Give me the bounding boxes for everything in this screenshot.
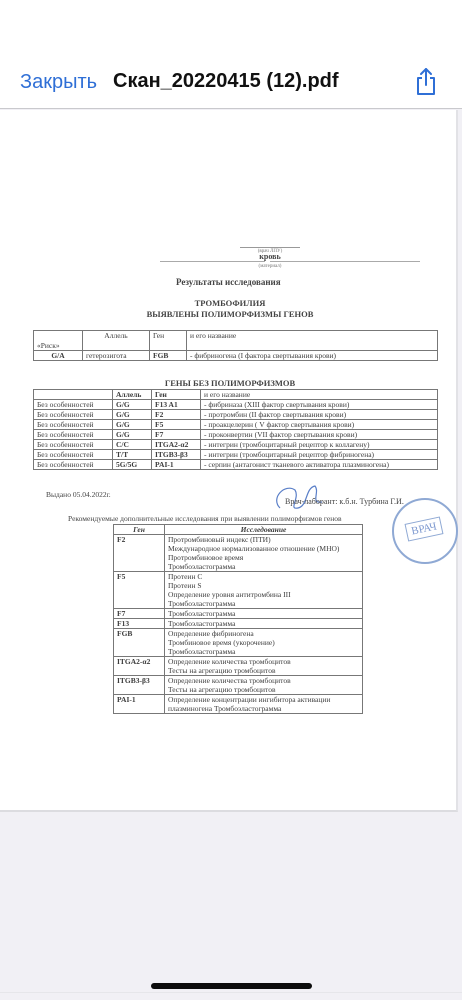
table-row: F13Тромбоэластограмма bbox=[114, 619, 363, 629]
doctor-signature-line: Врач-лаборант: к.б.н. Турбина Г.И. bbox=[285, 497, 404, 506]
gene: F5 bbox=[152, 420, 201, 430]
table-row: Без особенностейG/GF5- проакцелерин ( V … bbox=[34, 420, 438, 430]
table-row: Без особенностей5G/5GPAI-1- серпин (анта… bbox=[34, 460, 438, 470]
section-subtitle: ВЫЯВЛЕНЫ ПОЛИМОРФИЗМЫ ГЕНОВ bbox=[100, 309, 360, 319]
issued-date: Выдано 05.04.2022г. bbox=[46, 490, 111, 499]
header-cell: Аллель bbox=[113, 390, 152, 400]
status: Без особенностей bbox=[34, 410, 113, 420]
risk-table: «Риск» Аллель Ген и его название G/A гет… bbox=[33, 330, 438, 361]
allele: C/C bbox=[113, 440, 152, 450]
gene: ITGB3-β3 bbox=[152, 450, 201, 460]
results-title: Результаты исследования bbox=[176, 277, 281, 287]
allele: G/G bbox=[113, 420, 152, 430]
table-row: ITGA2-α2Определение количества тромбоцит… bbox=[114, 657, 363, 676]
table-row: F2Протромбиновый индекс (ПТИ) Международ… bbox=[114, 535, 363, 572]
doctor-stamp: ВРАЧ bbox=[392, 498, 458, 564]
share-icon[interactable] bbox=[414, 66, 438, 96]
gene: F2 bbox=[152, 410, 201, 420]
stamp-label: ВРАЧ bbox=[405, 516, 444, 541]
recommend-title: Рекомендуемые дополнительные исследовани… bbox=[68, 514, 342, 523]
gene: F5 bbox=[114, 572, 165, 609]
gene: PAI-1 bbox=[114, 695, 165, 714]
gene: ITGB3-β3 bbox=[114, 676, 165, 695]
zygosity: гетерозигота bbox=[83, 351, 150, 361]
navigation-bar: Закрыть Скан_20220415 (12).pdf bbox=[0, 60, 462, 104]
table-row: F7Тромбоэластограмма bbox=[114, 609, 363, 619]
tests: Определение фибриногена Тромбиновое врем… bbox=[165, 629, 363, 657]
gene: F7 bbox=[152, 430, 201, 440]
tests: Определение количества тромбоцитов Тесты… bbox=[165, 657, 363, 676]
status: Без особенностей bbox=[34, 450, 113, 460]
allele: T/T bbox=[113, 450, 152, 460]
allele: 5G/5G bbox=[113, 460, 152, 470]
status: Без особенностей bbox=[34, 420, 113, 430]
gene-name: - интегрин (тромбоцитарный рецептор к ко… bbox=[201, 440, 438, 450]
close-button[interactable]: Закрыть bbox=[20, 71, 97, 94]
header-cell: и его название bbox=[187, 331, 438, 351]
gene: ITGA2-α2 bbox=[152, 440, 201, 450]
tests: Тромбоэластограмма bbox=[165, 619, 363, 629]
table-row: Без особенностейG/GF13 A1- фибриназа (XI… bbox=[34, 400, 438, 410]
gene: FGB bbox=[114, 629, 165, 657]
allele: G/G bbox=[113, 410, 152, 420]
recommendations-table: Ген Исследование F2Протромбиновый индекс… bbox=[113, 524, 363, 714]
gene: FGB bbox=[150, 351, 187, 361]
gene-name: - интегрин (тромбоцитарный рецептор фибр… bbox=[201, 450, 438, 460]
no-polymorphism-table: Аллель Ген и его название Без особенност… bbox=[33, 389, 438, 470]
gene: PAI-1 bbox=[152, 460, 201, 470]
tests: Протромбиновый индекс (ПТИ) Международно… bbox=[165, 535, 363, 572]
header-cell: и его название bbox=[201, 390, 438, 400]
no-poly-title: ГЕНЫ БЕЗ ПОЛИМОРФИЗМОВ bbox=[100, 378, 360, 388]
header-cell: Исследование bbox=[165, 525, 363, 535]
tests: Протеин С Протеин S Определение уровня а… bbox=[165, 572, 363, 609]
tests: Определение количества тромбоцитов Тесты… bbox=[165, 676, 363, 695]
status: Без особенностей bbox=[34, 400, 113, 410]
top-bar: Закрыть Скан_20220415 (12).pdf bbox=[0, 0, 462, 108]
table-row: ITGB3-β3Определение количества тромбоцит… bbox=[114, 676, 363, 695]
table-row: Без особенностейC/CITGA2-α2- интегрин (т… bbox=[34, 440, 438, 450]
material-value: кровь bbox=[240, 252, 300, 261]
gene-name: - фибриназа (XIII фактор свертывания кро… bbox=[201, 400, 438, 410]
header-cell: Ген bbox=[150, 331, 187, 351]
header-separator bbox=[0, 108, 462, 109]
header-cell: Ген bbox=[114, 525, 165, 535]
home-indicator[interactable] bbox=[151, 983, 312, 989]
divider bbox=[160, 261, 265, 262]
gene-name: - серпин (антагонист тканевого активатор… bbox=[201, 460, 438, 470]
header-cell: Ген bbox=[152, 390, 201, 400]
pdf-page[interactable]: (врач ЛПУ) кровь (материал) Результаты и… bbox=[0, 110, 458, 812]
gene: F7 bbox=[114, 609, 165, 619]
divider bbox=[0, 992, 462, 993]
table-row: FGBОпределение фибриногена Тромбиновое в… bbox=[114, 629, 363, 657]
table-row: Без особенностейT/TITGB3-β3- интегрин (т… bbox=[34, 450, 438, 460]
allele: G/G bbox=[113, 400, 152, 410]
gene: F13 bbox=[114, 619, 165, 629]
gene: ITGA2-α2 bbox=[114, 657, 165, 676]
status: Без особенностей bbox=[34, 440, 113, 450]
gene: F2 bbox=[114, 535, 165, 572]
table-row: F5Протеин С Протеин S Определение уровня… bbox=[114, 572, 363, 609]
status: Без особенностей bbox=[34, 460, 113, 470]
gene-name: - проакцелерин ( V фактор свертывания кр… bbox=[201, 420, 438, 430]
allele: G/G bbox=[113, 430, 152, 440]
section-title: ТРОМБОФИЛИЯ bbox=[130, 298, 330, 308]
divider bbox=[270, 261, 420, 262]
gene-name: - проконвертин (VII фактор свертывания к… bbox=[201, 430, 438, 440]
gene: F13 A1 bbox=[152, 400, 201, 410]
divider bbox=[240, 247, 300, 248]
gene-name: - протромбин (II фактор свертывания кров… bbox=[201, 410, 438, 420]
tests: Тромбоэластограмма bbox=[165, 609, 363, 619]
header-cell: «Риск» bbox=[34, 331, 83, 351]
header-cell bbox=[34, 390, 113, 400]
material-caption: (материал) bbox=[240, 264, 300, 269]
header-cell: Аллель bbox=[83, 331, 150, 351]
tests: Определение концентрации ингибитора акти… bbox=[165, 695, 363, 714]
status: Без особенностей bbox=[34, 430, 113, 440]
table-row: Без особенностейG/GF2- протромбин (II фа… bbox=[34, 410, 438, 420]
table-row: PAI-1Определение концентрации ингибитора… bbox=[114, 695, 363, 714]
file-title: Скан_20220415 (12).pdf bbox=[113, 70, 339, 93]
table-row: G/A гетерозигота FGB - фибриногена (I фа… bbox=[34, 351, 438, 361]
allele-risk: G/A bbox=[34, 351, 83, 361]
table-row: Без особенностейG/GF7- проконвертин (VII… bbox=[34, 430, 438, 440]
gene-name: - фибриногена (I фактора свертывания кро… bbox=[187, 351, 438, 361]
